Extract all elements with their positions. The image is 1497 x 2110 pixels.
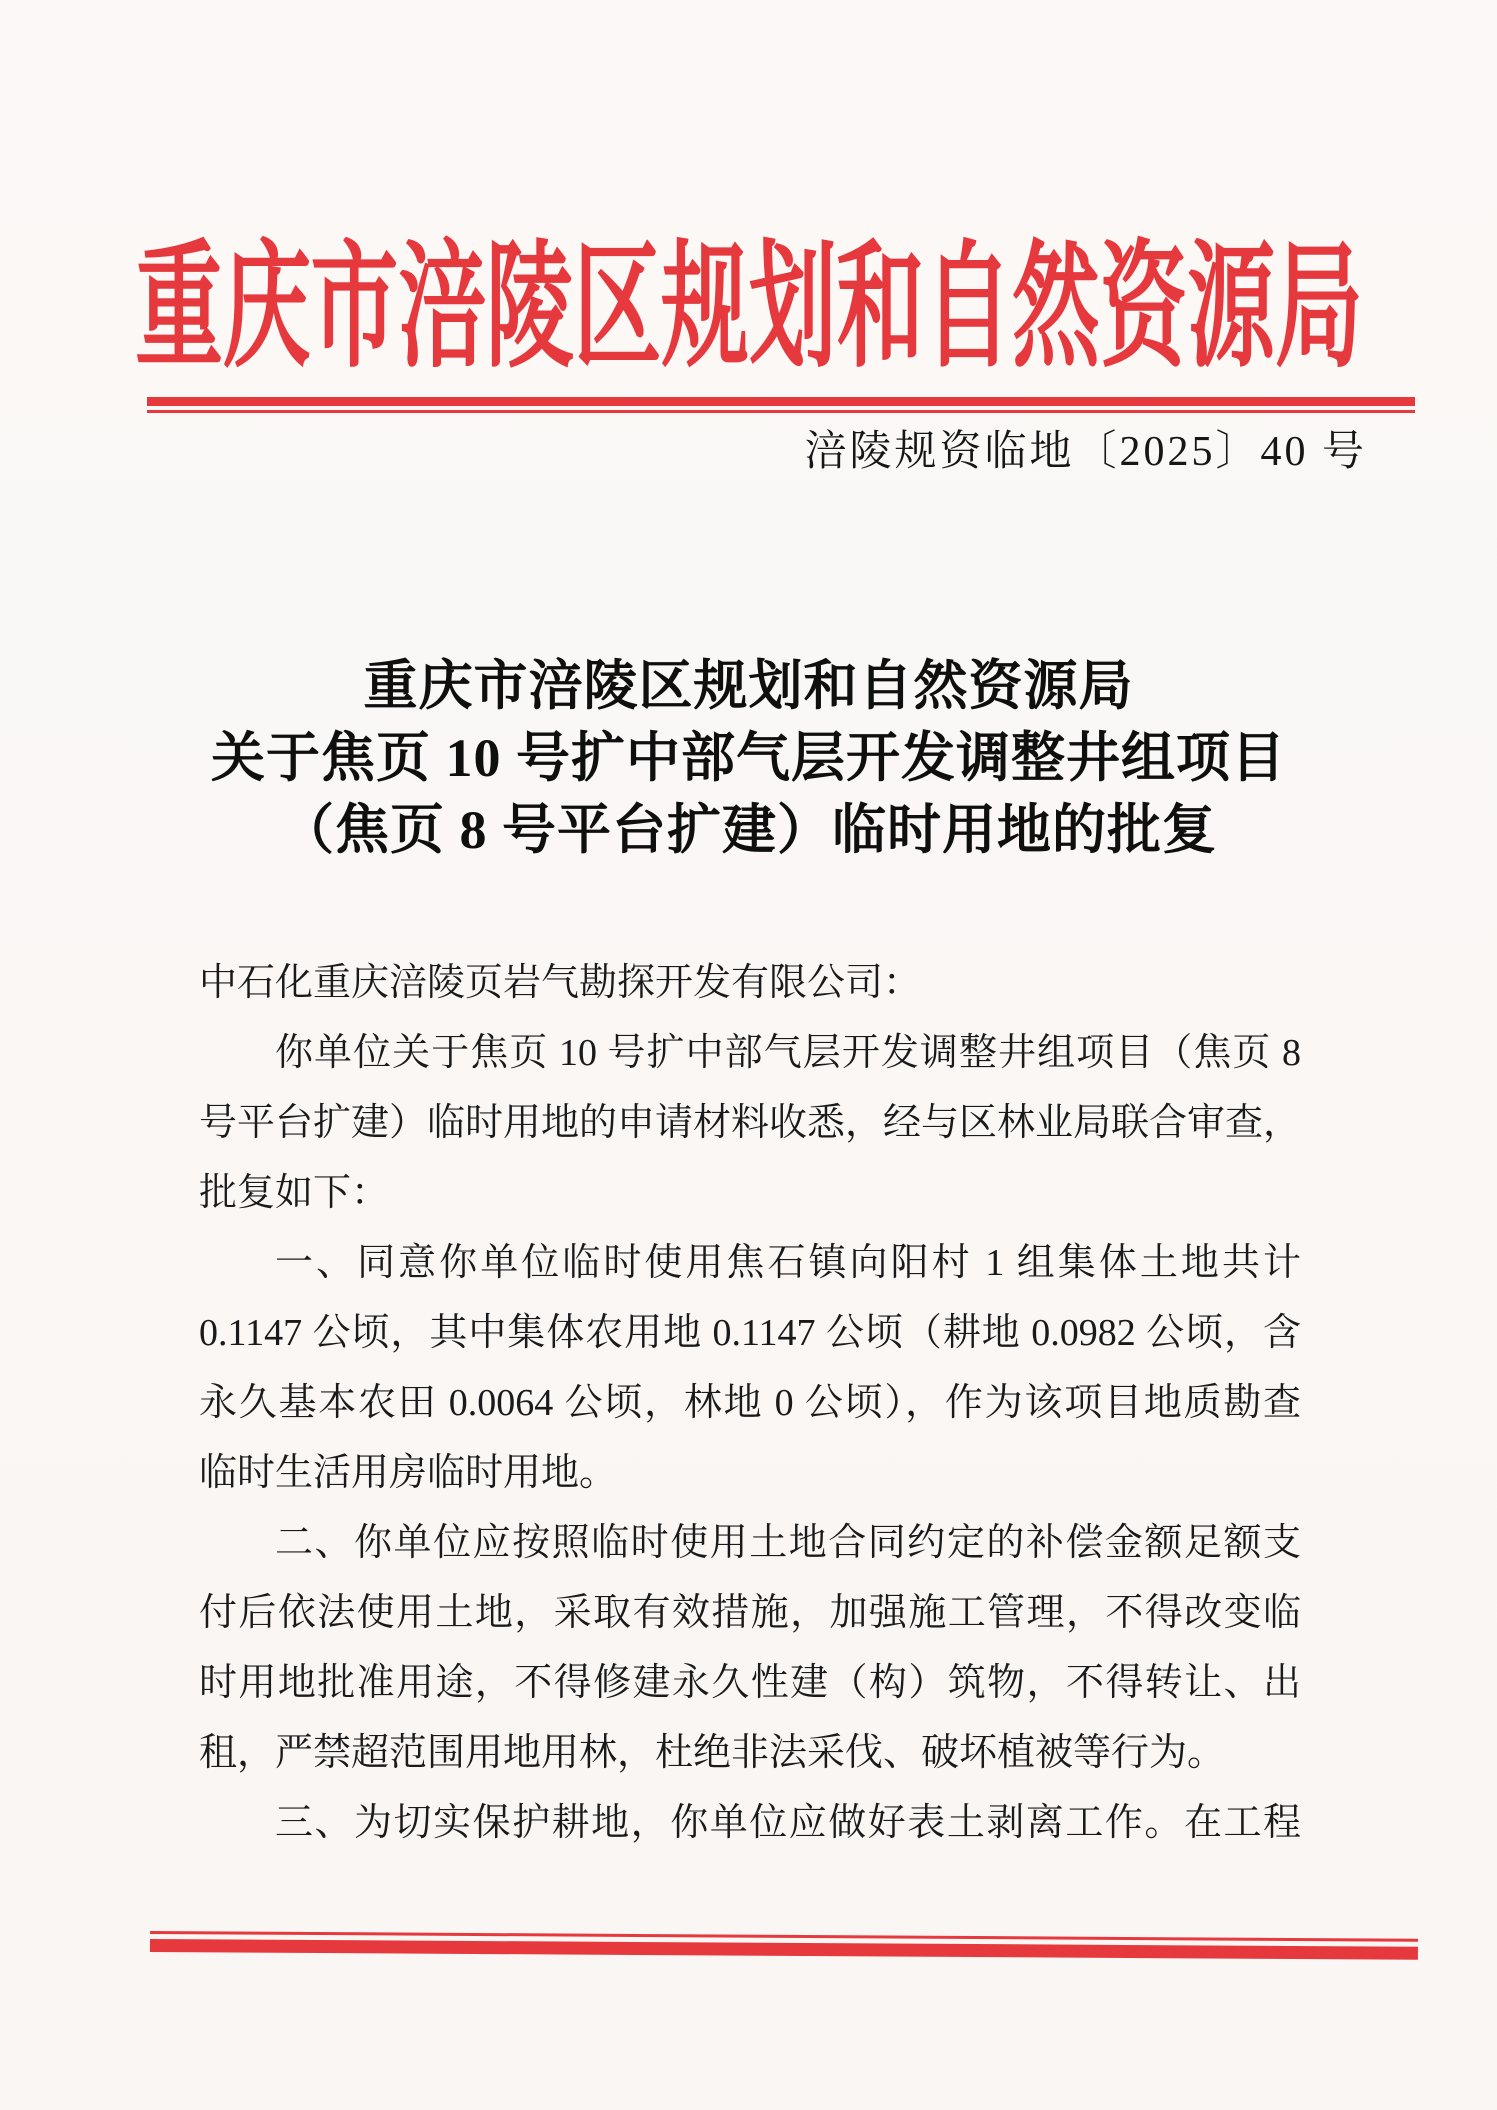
body-text-line: 临时生活用房临时用地。 bbox=[199, 1438, 1301, 1508]
document-body: 中石化重庆涪陵页岩气勘探开发有限公司：你单位关于焦页 10 号扩中部气层开发调整… bbox=[199, 948, 1301, 1858]
document-title-line-2: 关于焦页 10 号扩中部气层开发调整井组项目 bbox=[0, 722, 1497, 794]
body-text-line: 0.1147 公顷，其中集体农用地 0.1147 公顷（耕地 0.0982 公顷… bbox=[199, 1298, 1301, 1368]
body-text-line: 时用地批准用途，不得修建永久性建（构）筑物，不得转让、出 bbox=[199, 1648, 1301, 1718]
body-text-line: 租，严禁超范围用地用林，杜绝非法采伐、破坏植被等行为。 bbox=[199, 1718, 1301, 1788]
document-reference-number: 涪陵规资临地〔2025〕40 号 bbox=[804, 428, 1367, 476]
divider-thin-bar bbox=[147, 410, 1415, 413]
addressee-line: 中石化重庆涪陵页岩气勘探开发有限公司： bbox=[199, 948, 1301, 1018]
body-text-line: 永久基本农田 0.0064 公顷，林地 0 公顷），作为该项目地质勘查 bbox=[199, 1368, 1301, 1438]
letterhead-divider-rule bbox=[147, 397, 1415, 413]
letterhead-agency-banner: 重庆市涪陵区规划和自然资源局 bbox=[0, 233, 1497, 383]
body-text-line: 付后依法使用土地，采取有效措施，加强施工管理，不得改变临 bbox=[199, 1578, 1301, 1648]
divider-thick-bar bbox=[147, 397, 1415, 406]
document-title: 重庆市涪陵区规划和自然资源局关于焦页 10 号扩中部气层开发调整井组项目（焦页 … bbox=[0, 650, 1497, 866]
document-title-line-3: （焦页 8 号平台扩建）临时用地的批复 bbox=[0, 794, 1497, 866]
body-text-line: 你单位关于焦页 10 号扩中部气层开发调整井组项目（焦页 8 bbox=[199, 1018, 1301, 1088]
body-text-line: 三、为切实保护耕地，你单位应做好表土剥离工作。在工程 bbox=[199, 1788, 1301, 1858]
letterhead-agency-text: 重庆市涪陵区规划和自然资源局 bbox=[135, 233, 1363, 383]
document-title-line-1: 重庆市涪陵区规划和自然资源局 bbox=[0, 650, 1497, 722]
footer-divider-rule bbox=[150, 1931, 1418, 1960]
body-text-line: 号平台扩建）临时用地的申请材料收悉，经与区林业局联合审查， bbox=[199, 1088, 1301, 1158]
body-text-line: 二、你单位应按照临时使用土地合同约定的补偿金额足额支 bbox=[199, 1508, 1301, 1578]
body-text-line: 一、同意你单位临时使用焦石镇向阳村 1 组集体土地共计 bbox=[199, 1228, 1301, 1298]
body-text-line: 批复如下： bbox=[199, 1158, 1301, 1228]
scanned-official-document-page: 重庆市涪陵区规划和自然资源局 涪陵规资临地〔2025〕40 号 重庆市涪陵区规划… bbox=[0, 0, 1497, 2110]
